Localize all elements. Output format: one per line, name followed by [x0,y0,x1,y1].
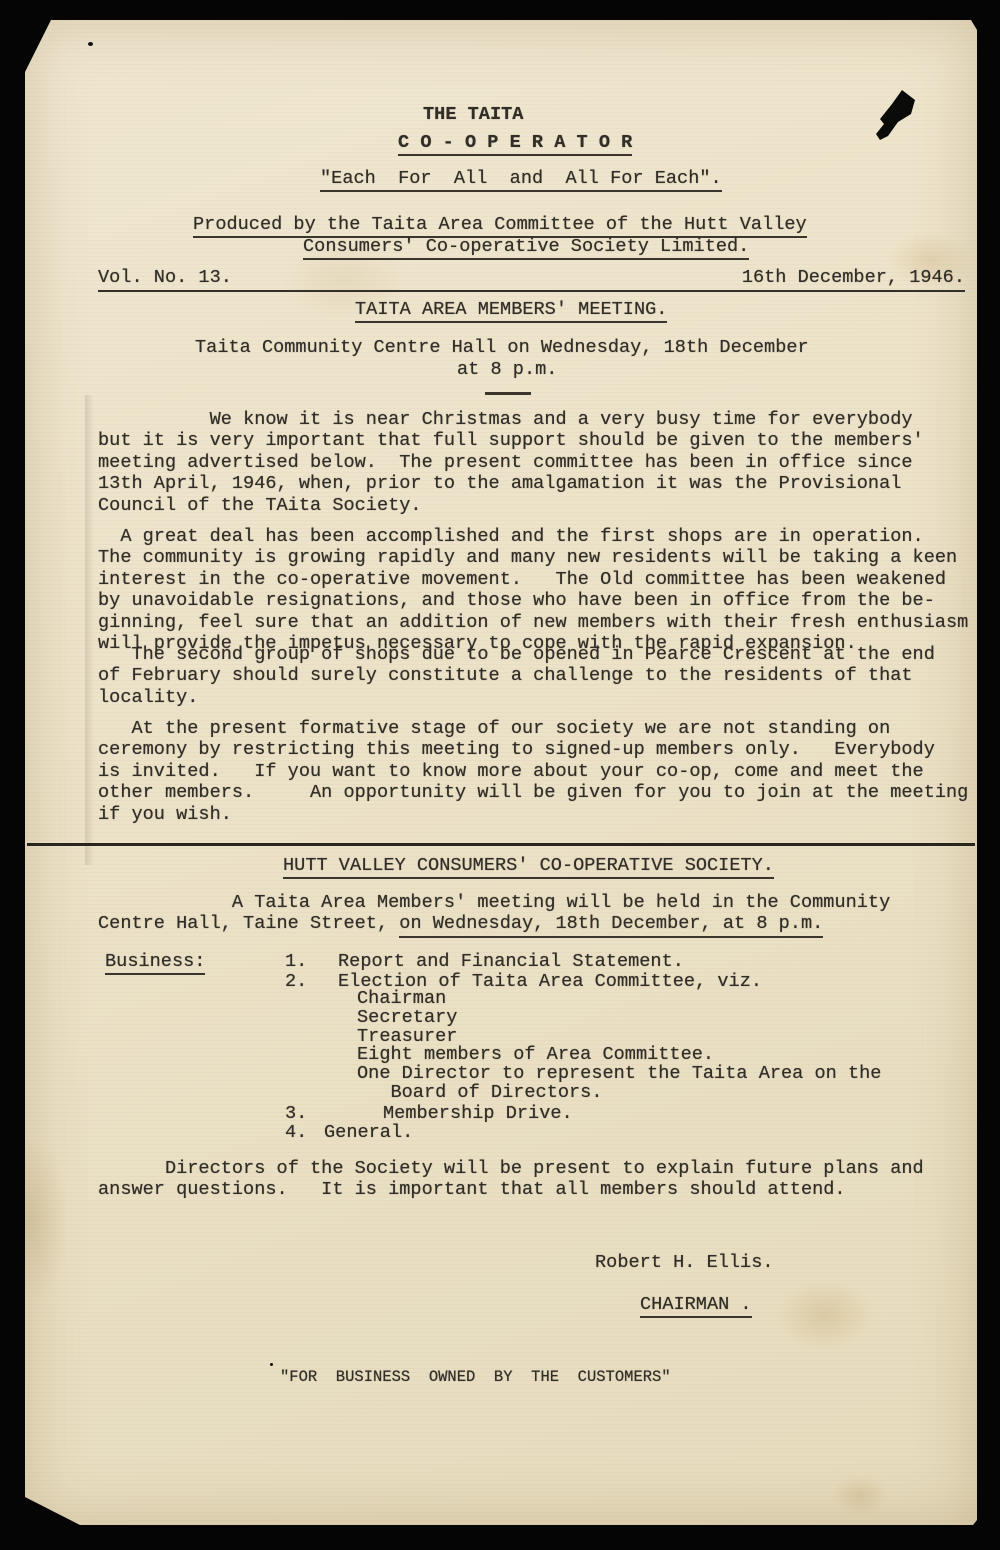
masthead-motto: "Each For All and All For Each". [320,168,722,192]
footer-slogan: "FOR BUSINESS OWNED BY THE CUSTOMERS" [280,1367,671,1388]
agenda-item-2-number: 2. [285,971,307,992]
business-label: Business: [105,951,205,975]
fold-shadow [85,395,94,865]
society-heading: HUTT VALLEY CONSUMERS' CO-OPERATIVE SOCI… [283,855,774,879]
ink-blot [868,88,920,150]
masthead-title: C O - O P E R A T O R [398,132,632,156]
meeting-venue: Taita Community Centre Hall on Wednesday… [195,337,809,358]
volume-date-row: Vol. No. 13. 16th December, 1946. [98,268,965,292]
paragraph-4: At the present formative stage of our so… [98,718,978,825]
volume-number: Vol. No. 13. [98,268,232,287]
announcement-underlined-date: on Wednesday, 18th December, at 8 p.m. [399,913,823,937]
signature-name: Robert H. Ellis. [595,1252,774,1273]
meeting-heading: TAITA AREA MEMBERS' MEETING. [355,299,667,323]
society-announcement: A Taita Area Members' meeting will be he… [98,892,978,938]
agenda-item-1-number: 1. [285,951,307,972]
agenda-item-4-text: General. [324,1122,413,1143]
signature-title: CHAIRMAN . [640,1294,752,1318]
meeting-time: at 8 p.m. [457,359,557,380]
issue-date: 16th December, 1946. [742,268,965,287]
paragraph-1: We know it is near Christmas and a very … [98,409,978,516]
closing-paragraph: Directors of the Society will be present… [98,1158,978,1201]
paper-speck [270,1363,273,1366]
agenda-item-4-number: 4. [285,1122,307,1143]
produced-line-1: Produced by the Taita Area Committee of … [193,214,807,238]
paper-speck [88,42,93,46]
paragraph-2: A great deal has been accomplished and t… [98,526,978,654]
small-rule [485,392,531,395]
masthead-pretitle: THE TAITA [423,104,523,125]
paragraph-3: The second group of shops due to be open… [98,644,978,708]
agenda-item-1-text: Report and Financial Statement. [338,951,684,972]
masthead-title-text: C O - O P E R A T O R [398,132,632,156]
produced-line-2: Consumers' Co-operative Society Limited. [303,236,749,260]
newsletter-page: THE TAITA C O - O P E R A T O R "Each Fo… [25,20,977,1525]
masthead-motto-text: "Each For All and All For Each". [320,168,722,192]
section-divider-rule [27,843,975,846]
agenda-item-2-sublist: Chairman Secretary Treasurer Eight membe… [357,990,881,1103]
